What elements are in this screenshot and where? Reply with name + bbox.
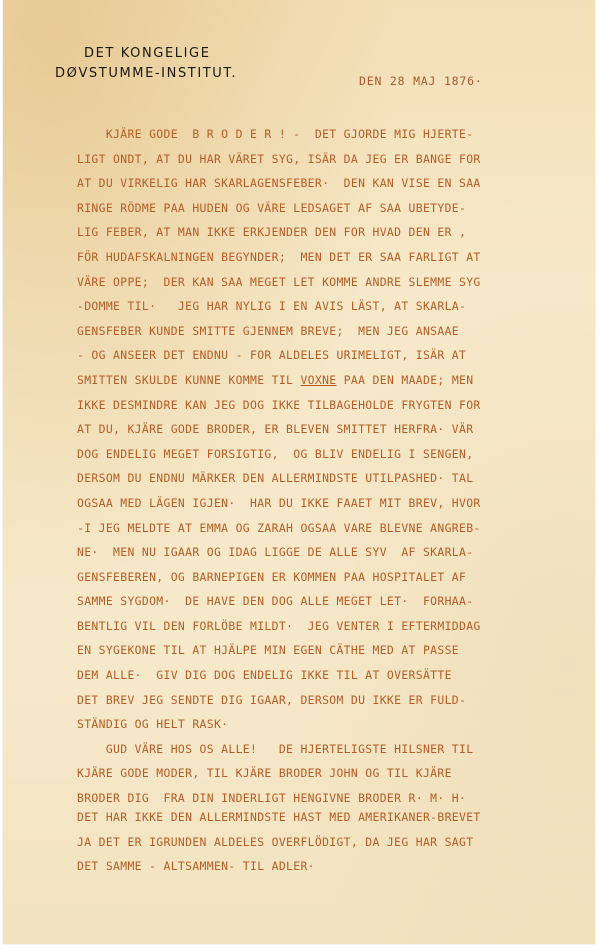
underlined-word: VOXNE (300, 373, 336, 387)
body-line: NE· MEN NU IGAAR OG IDAG LIGGE DE ALLE S… (77, 540, 577, 565)
postscript: DET HAR IKKE DEN ALLERMINDSTE HAST MED A… (77, 805, 577, 879)
postscript-line: DET SAMME - ALTSAMMEN- TIL ADLER· (77, 854, 577, 879)
body-line: DOG ENDELIG MEGET FORSIGTIG, OG BLIV END… (77, 442, 577, 467)
body-line: BENTLIG VIL DEN FORLÖBE MILDT· JEG VENTE… (77, 614, 577, 639)
body-line: -DOMME TIL· JEG HAR NYLIG I EN AVIS LÄST… (77, 294, 577, 319)
body-line: OGSAA MED LÄGEN IGJEN· HAR DU IKKE FAAET… (77, 491, 577, 516)
body-line: IKKE DESMINDRE KAN JEG DOG IKKE TILBAGEH… (77, 393, 577, 418)
body-line: AT DU VIRKELIG HAR SKARLAGENSFEBER· DEN … (77, 171, 577, 196)
body-line: STÄNDIG OG HELT RASK· (77, 712, 577, 737)
body-line: LIG FEBER, AT MAN IKKE ERKJENDER DEN FOR… (77, 220, 577, 245)
letter-date: DEN 28 MAJ 1876· (359, 74, 483, 88)
body-line: SAMME SYGDOM· DE HAVE DEN DOG ALLE MEGET… (77, 589, 577, 614)
letter-paper: DET KONGELIGE DØVSTUMME-INSTITUT. DEN 28… (3, 0, 595, 944)
body-line: GENSFEBEREN, OG BARNEPIGEN ER KOMMEN PAA… (77, 565, 577, 590)
letterhead-line-2: DØVSTUMME-INSTITUT. (55, 64, 237, 84)
body-line: DET BREV JEG SENDTE DIG IGAAR, DERSOM DU… (77, 688, 577, 713)
body-line: EN SYGEKONE TIL AT HJÄLPE MIN EGEN CÄTHE… (77, 638, 577, 663)
body-line: DERSOM DU ENDNU MÄRKER DEN ALLERMINDSTE … (77, 466, 577, 491)
body-line: -I JEG MELDTE AT EMMA OG ZARAH OGSAA VAR… (77, 516, 577, 541)
body-line: VÄRE OPPE; DER KAN SAA MEGET LET KOMME A… (77, 270, 577, 295)
letterhead-line-1: DET KONGELIGE (55, 44, 237, 64)
body-line: RINGE RÖDME PAA HUDEN OG VÄRE LEDSAGET A… (77, 196, 577, 221)
body-line: SMITTEN SKULDE KUNNE KOMME TIL VOXNE PAA… (77, 368, 577, 393)
body-line: AT DU, KJÄRE GODE BRODER, ER BLEVEN SMIT… (77, 417, 577, 442)
letterhead: DET KONGELIGE DØVSTUMME-INSTITUT. (55, 44, 237, 84)
body-line: GENSFEBER KUNDE SMITTE GJENNEM BREVE; ME… (77, 319, 577, 344)
body-line: DEM ALLE· GIV DIG DOG ENDELIG IKKE TIL A… (77, 663, 577, 688)
body-line: - OG ANSEER DET ENDNU - FOR ALDELES URIM… (77, 343, 577, 368)
letter-body: KJÄRE GODE B R O D E R ! - DET GJORDE MI… (77, 122, 577, 811)
body-line: KJÄRE GODE B R O D E R ! - DET GJORDE MI… (77, 122, 577, 147)
body-line: LIGT ONDT, AT DU HAR VÄRET SYG, ISÄR DA … (77, 147, 577, 172)
postscript-line: DET HAR IKKE DEN ALLERMINDSTE HAST MED A… (77, 805, 577, 830)
body-line: KJÄRE GODE MODER, TIL KJÄRE BRODER JOHN … (77, 761, 577, 786)
body-line: FÖR HUDAFSKALNINGEN BEGYNDER; MEN DET ER… (77, 245, 577, 270)
body-line: GUD VÄRE HOS OS ALLE! DE HJERTELIGSTE HI… (77, 737, 577, 762)
postscript-line: JA DET ER IGRUNDEN ALDELES OVERFLÖDIGT, … (77, 830, 577, 855)
